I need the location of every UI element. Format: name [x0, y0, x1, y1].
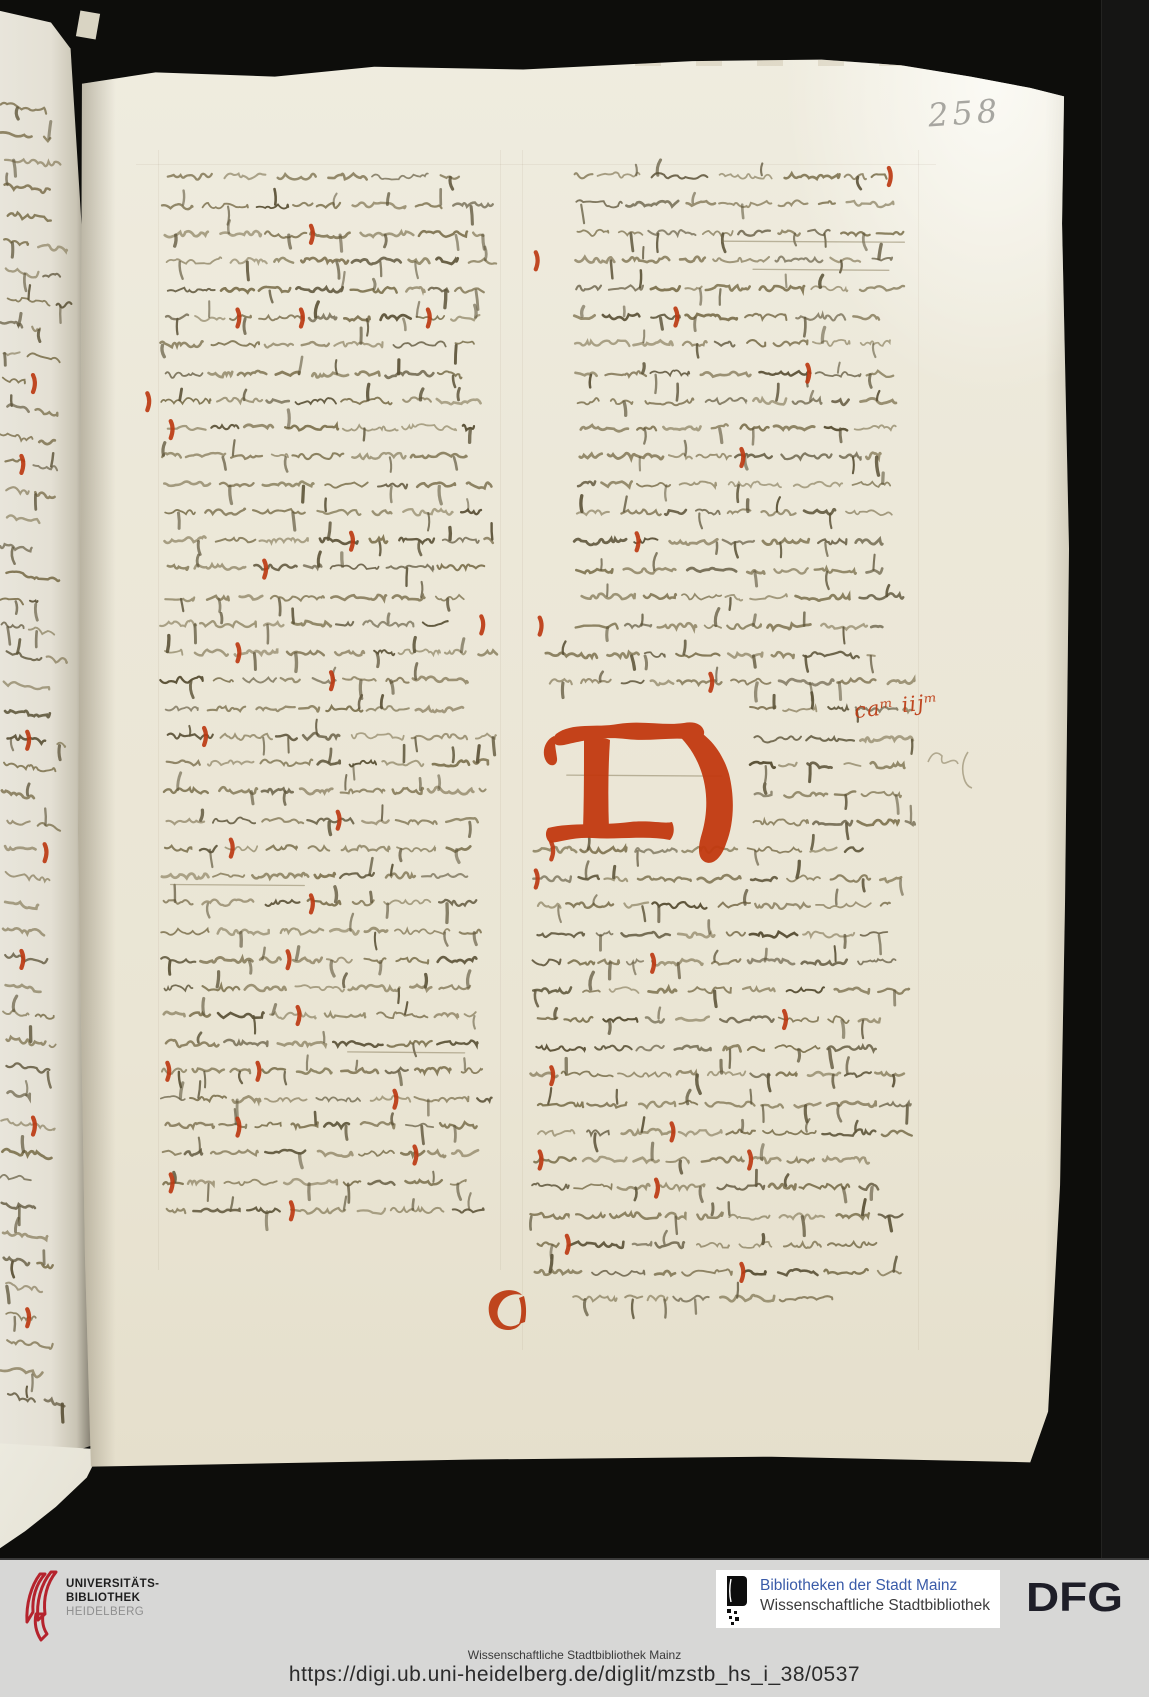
rubric-initial-small	[484, 1286, 528, 1334]
heidelberg-wordmark: UNIVERSITÄTS- BIBLIOTHEK HEIDELBERG	[66, 1577, 159, 1619]
cradle-seam	[1101, 0, 1149, 1558]
mainz-line2: Wissenschaftliche Stadtbibliothek	[760, 1597, 990, 1615]
scan-viewer-export: 258 caᵐ iijᵐ	[0, 0, 1149, 1697]
mainz-line1: Bibliotheken der Stadt Mainz	[760, 1577, 957, 1595]
heidelberg-line3: HEIDELBERG	[66, 1605, 159, 1619]
folio-number: 258	[927, 91, 1003, 134]
page-corner-sliver	[76, 10, 100, 39]
scan-background: 258 caᵐ iijᵐ	[0, 0, 1149, 1558]
torn-top-edge	[86, 60, 1040, 66]
heidelberg-line2: BIBLIOTHEK	[66, 1591, 159, 1605]
mainz-book-icon	[724, 1575, 752, 1625]
dfg-logo: DFG	[1026, 1574, 1123, 1621]
mainz-logo-box: Bibliotheken der Stadt Mainz Wissenschaf…	[716, 1570, 1000, 1628]
margin-note-squiggle	[924, 734, 994, 794]
branding-footer: UNIVERSITÄTS- BIBLIOTHEK HEIDELBERG Bibl…	[0, 1558, 1149, 1697]
footer-url: https://digi.ub.uni-heidelberg.de/diglit…	[0, 1663, 1149, 1687]
initial-letter-N	[538, 714, 750, 874]
footer-caption: Wissenschaftliche Stadtbibliothek Mainz	[0, 1648, 1149, 1662]
heidelberg-logo-icon	[24, 1568, 64, 1644]
manuscript-page[interactable]: 258 caᵐ iijᵐ	[76, 54, 1070, 1468]
heidelberg-line1: UNIVERSITÄTS-	[66, 1577, 159, 1591]
